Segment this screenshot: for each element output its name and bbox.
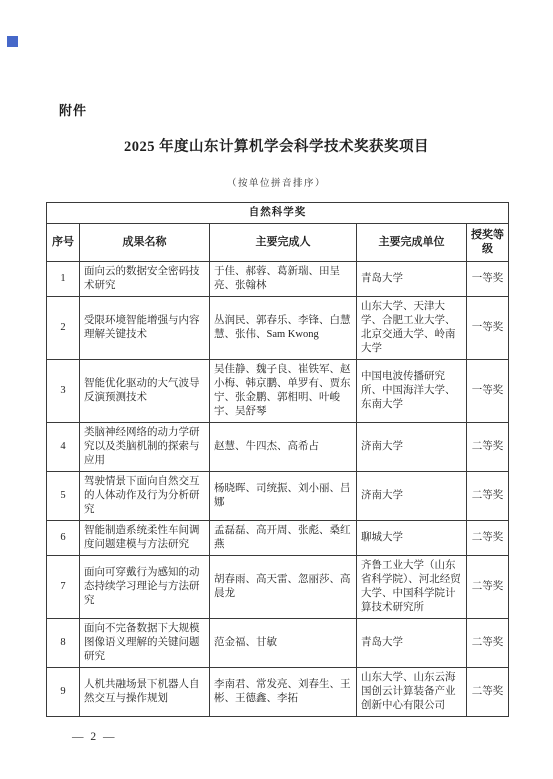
cell-achievement: 智能优化驱动的大气波导反演预测技术 <box>80 360 210 423</box>
cell-seq: 8 <box>47 619 80 668</box>
cell-units: 青岛大学 <box>357 619 467 668</box>
cell-achievement: 面向云的数据安全密码技术研究 <box>80 262 210 297</box>
header-units: 主要完成单位 <box>357 224 467 262</box>
cell-award: 二等奖 <box>467 668 509 717</box>
header-award: 授奖等级 <box>467 224 509 262</box>
cell-units: 中国电波传播研究所、中国海洋大学、东南大学 <box>357 360 467 423</box>
cell-units: 山东大学、山东云海国创云计算装备产业创新中心有限公司 <box>357 668 467 717</box>
cell-contributors: 孟磊磊、高开周、张彪、桑红燕 <box>210 521 357 556</box>
cell-units: 聊城大学 <box>357 521 467 556</box>
cell-seq: 3 <box>47 360 80 423</box>
cell-award: 二等奖 <box>467 619 509 668</box>
cell-contributors: 胡春雨、高天雷、忽丽莎、高晨龙 <box>210 556 357 619</box>
cell-units: 山东大学、天津大学、合肥工业大学、北京交通大学、岭南大学 <box>357 297 467 360</box>
page-number: — 2 — <box>72 731 553 743</box>
table-header-row: 序号 成果名称 主要完成人 主要完成单位 授奖等级 <box>47 224 509 262</box>
header-seq: 序号 <box>47 224 80 262</box>
cell-achievement: 人机共融场景下机器人自然交互与操作规划 <box>80 668 210 717</box>
cell-seq: 2 <box>47 297 80 360</box>
cell-contributors: 杨晓晖、司统振、刘小丽、吕娜 <box>210 472 357 521</box>
cell-units: 济南大学 <box>357 472 467 521</box>
cell-units: 青岛大学 <box>357 262 467 297</box>
cell-award: 二等奖 <box>467 556 509 619</box>
cell-award: 二等奖 <box>467 472 509 521</box>
cell-achievement: 智能制造系统柔性车间调度问题建模与方法研究 <box>80 521 210 556</box>
table-row: 5 驾驶情景下面向自然交互的人体动作及行为分析研究 杨晓晖、司统振、刘小丽、吕娜… <box>47 472 509 521</box>
cell-contributors: 李南君、常发亮、刘春生、王彬、王德鑫、李拓 <box>210 668 357 717</box>
header-contributors: 主要完成人 <box>210 224 357 262</box>
table-row: 3 智能优化驱动的大气波导反演预测技术 吴佳静、魏子良、崔铁军、赵小梅、韩京鹏、… <box>47 360 509 423</box>
cell-achievement: 类脑神经网络的动力学研究以及类脑机制的探索与应用 <box>80 423 210 472</box>
cell-contributors: 于佳、郝蓉、葛新瑞、田呈亮、张翰林 <box>210 262 357 297</box>
table-row: 2 受限环境智能增强与内容理解关键技术 丛润民、郭春乐、李锋、白慧慧、张伟、Sa… <box>47 297 509 360</box>
awards-table: 自然科学奖 序号 成果名称 主要完成人 主要完成单位 授奖等级 1 面向云的数据… <box>46 202 509 717</box>
cell-achievement: 驾驶情景下面向自然交互的人体动作及行为分析研究 <box>80 472 210 521</box>
cell-award: 一等奖 <box>467 360 509 423</box>
cell-contributors: 吴佳静、魏子良、崔铁军、赵小梅、韩京鹏、单罗有、贾东宁、张金鹏、郭相明、叶峻宇、… <box>210 360 357 423</box>
header-achievement: 成果名称 <box>80 224 210 262</box>
table-row: 9 人机共融场景下机器人自然交互与操作规划 李南君、常发亮、刘春生、王彬、王德鑫… <box>47 668 509 717</box>
cell-contributors: 赵慧、牛四杰、高希占 <box>210 423 357 472</box>
table-row: 4 类脑神经网络的动力学研究以及类脑机制的探索与应用 赵慧、牛四杰、高希占 济南… <box>47 423 509 472</box>
cell-seq: 5 <box>47 472 80 521</box>
cell-achievement: 面向不完备数据下大规模图像语义理解的关键问题研究 <box>80 619 210 668</box>
cell-units: 济南大学 <box>357 423 467 472</box>
cell-seq: 6 <box>47 521 80 556</box>
table-row: 8 面向不完备数据下大规模图像语义理解的关键问题研究 范金福、甘敏 青岛大学 二… <box>47 619 509 668</box>
table-row: 1 面向云的数据安全密码技术研究 于佳、郝蓉、葛新瑞、田呈亮、张翰林 青岛大学 … <box>47 262 509 297</box>
cell-contributors: 丛润民、郭春乐、李锋、白慧慧、张伟、Sam Kwong <box>210 297 357 360</box>
cell-contributors: 范金福、甘敏 <box>210 619 357 668</box>
attachment-label: 附件 <box>59 100 553 119</box>
annotation-marker <box>7 36 18 47</box>
section-title-row: 自然科学奖 <box>47 203 509 224</box>
cell-units: 齐鲁工业大学（山东省科学院）、河北经贸大学、中国科学院计算技术研究所 <box>357 556 467 619</box>
cell-seq: 4 <box>47 423 80 472</box>
cell-achievement: 面向可穿戴行为感知的动态持续学习理论与方法研究 <box>80 556 210 619</box>
table-row: 7 面向可穿戴行为感知的动态持续学习理论与方法研究 胡春雨、高天雷、忽丽莎、高晨… <box>47 556 509 619</box>
table-row: 6 智能制造系统柔性车间调度问题建模与方法研究 孟磊磊、高开周、张彪、桑红燕 聊… <box>47 521 509 556</box>
cell-award: 二等奖 <box>467 521 509 556</box>
page-title: 2025 年度山东计算机学会科学技术奖获奖项目 <box>0 135 553 156</box>
cell-award: 一等奖 <box>467 262 509 297</box>
cell-award: 二等奖 <box>467 423 509 472</box>
cell-seq: 1 <box>47 262 80 297</box>
cell-award: 一等奖 <box>467 297 509 360</box>
cell-seq: 7 <box>47 556 80 619</box>
cell-seq: 9 <box>47 668 80 717</box>
page-subtitle: （按单位拼音排序） <box>0 175 553 189</box>
table-section-title: 自然科学奖 <box>47 203 509 224</box>
cell-achievement: 受限环境智能增强与内容理解关键技术 <box>80 297 210 360</box>
